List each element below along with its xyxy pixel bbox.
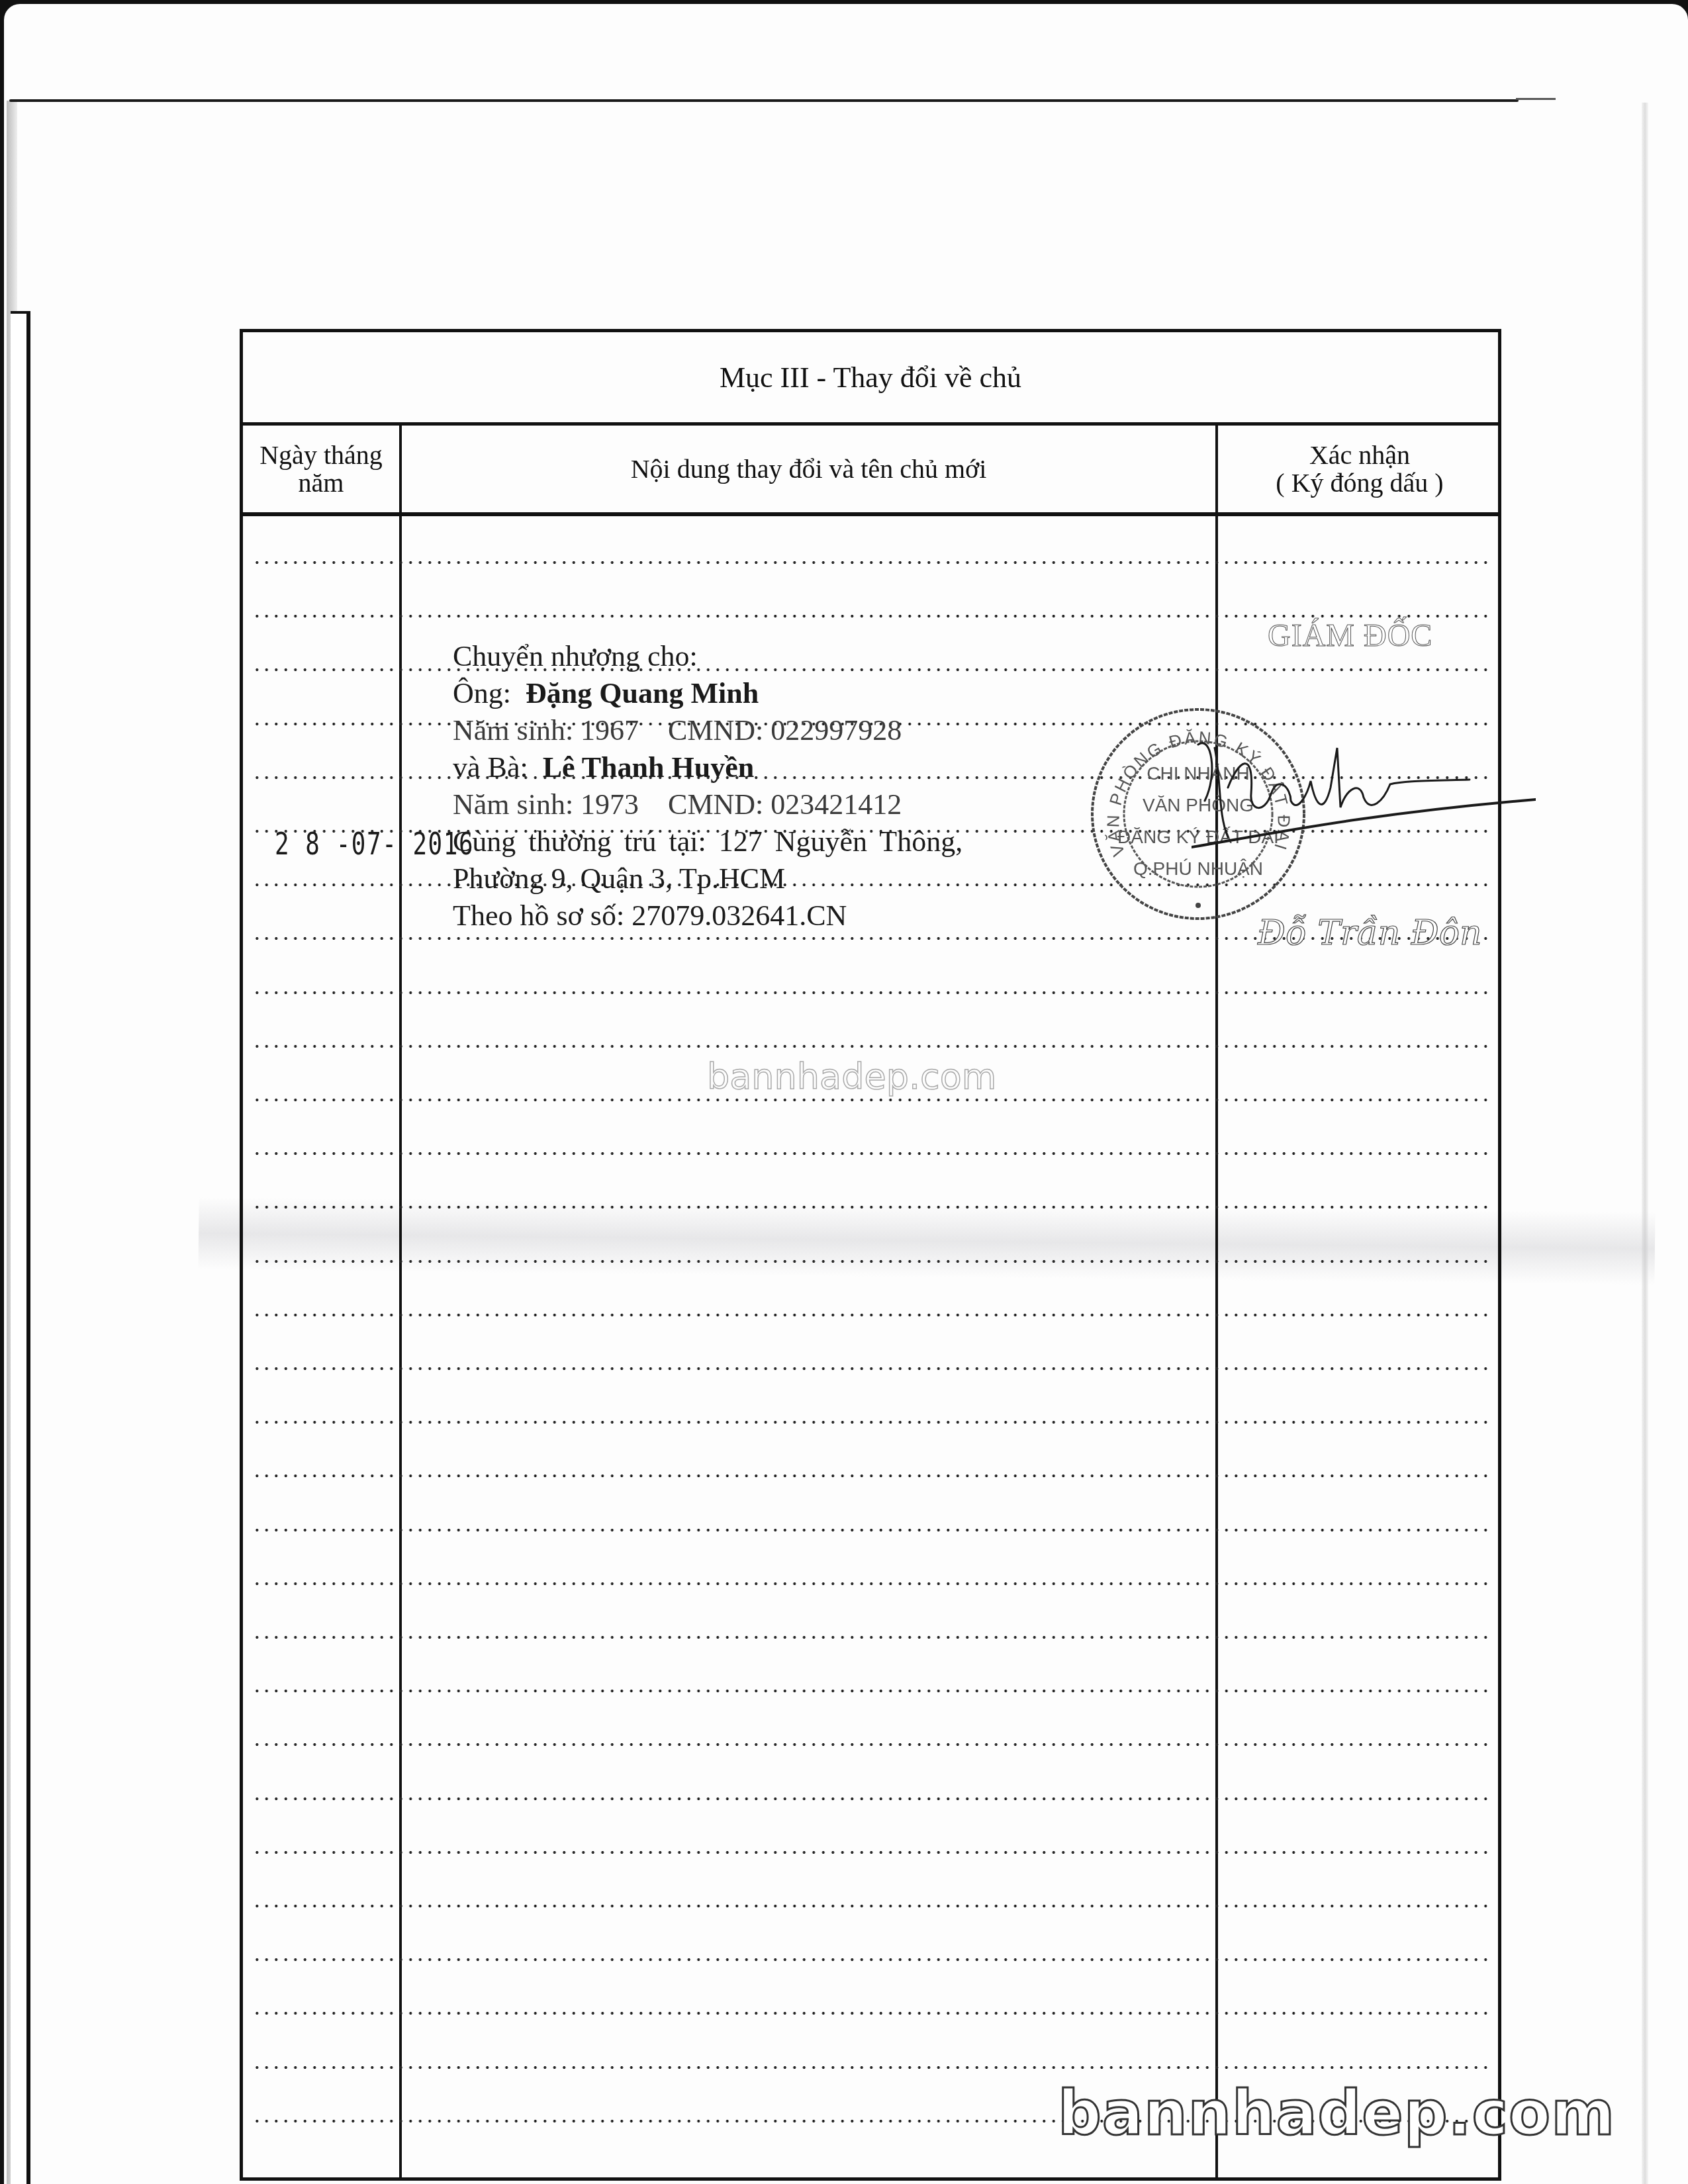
header-date: Ngày thángnăm [243, 426, 399, 512]
header-confirmation: Xác nhận( Ký đóng dấu ) [1218, 426, 1501, 512]
transfer-label: Chuyển nhượng cho: [453, 638, 962, 675]
page-top-edge-tail [1516, 98, 1556, 100]
header-confirmation-line2: ( Ký đóng dấu ) [1276, 468, 1443, 498]
director-title: GIÁM ĐỐC [1268, 617, 1432, 654]
ruled-line [252, 2012, 1491, 2015]
svg-text:Q.PHÚ NHUẬN: Q.PHÚ NHUẬN [1133, 858, 1263, 879]
owner2-line: và Bà: Lê Thanh Huyền [453, 749, 962, 786]
ruled-line [252, 1958, 1491, 1961]
file-number: Theo hồ sơ số: 27079.032641.CN [453, 897, 962, 934]
header-confirmation-line1: Xác nhận [1309, 440, 1410, 470]
ruled-line [252, 1099, 1491, 1101]
page-top-edge [9, 99, 1519, 102]
header-content: Nội dung thay đổi và tên chủ mới [402, 426, 1215, 512]
ruled-line [252, 1690, 1491, 1692]
ruled-line [252, 1851, 1491, 1854]
ruled-line [252, 1421, 1491, 1424]
ruled-line [252, 1797, 1491, 1800]
header-date-line2: năm [299, 468, 344, 498]
owner1-prefix: Ông: [453, 677, 511, 709]
owner2-details: Năm sinh: 1973 CMND: 023421412 [453, 786, 962, 823]
header-date-line1: Ngày tháng [259, 440, 383, 470]
signer-name: Đỗ Trần Đôn [1258, 913, 1482, 953]
ruled-line [252, 1367, 1491, 1370]
owner2-name: Lê Thanh Huyền [543, 751, 755, 784]
owner2-prefix: và Bà: [453, 751, 528, 784]
page-right-edge [1642, 103, 1648, 2184]
column-divider-1 [399, 426, 402, 2177]
ruled-line [252, 561, 1491, 564]
ruled-line [252, 1529, 1491, 1531]
section-title: Mục III - Thay đổi về chủ [243, 332, 1498, 426]
ruled-line [252, 1206, 1491, 1208]
owner1-name: Đặng Quang Minh [526, 677, 759, 709]
table-header-row: Ngày thángnăm Nội dung thay đổi và tên c… [243, 426, 1498, 516]
ruled-line [252, 1743, 1491, 1746]
entry-content: Chuyển nhượng cho: Ông: Đặng Quang Minh … [453, 638, 962, 934]
owner1-line: Ông: Đặng Quang Minh [453, 675, 962, 712]
owner1-details: Năm sinh: 1967 CMND: 022997928 [453, 712, 962, 749]
ruled-line [252, 1314, 1491, 1316]
ruled-line [252, 1260, 1491, 1263]
ruled-line [252, 1636, 1491, 1639]
address-line2: Phường 9, Quận 3, Tp.HCM [453, 860, 962, 897]
ruled-line [252, 991, 1491, 994]
ruled-line [252, 1905, 1491, 1907]
column-divider-2 [1215, 426, 1218, 2177]
watermark-bottom: bannhadep.com [1058, 2078, 1615, 2149]
ruled-line [252, 1045, 1491, 1048]
ruled-line [252, 1582, 1491, 1585]
ruled-line [252, 1475, 1491, 1477]
entry-date-stamp: 2 8 -07- 2016 [275, 826, 474, 862]
ruled-line [252, 1152, 1491, 1155]
signature-icon [1192, 721, 1536, 860]
ownership-change-table: Mục III - Thay đổi về chủ Ngày thángnăm … [240, 329, 1501, 2181]
ruled-line [252, 2066, 1491, 2069]
previous-page-edge [11, 311, 30, 2184]
watermark-middle: bannhadep.com [707, 1056, 996, 1097]
address-line1: Cùng thường trú tại: 127 Nguyễn Thông, [453, 823, 962, 860]
